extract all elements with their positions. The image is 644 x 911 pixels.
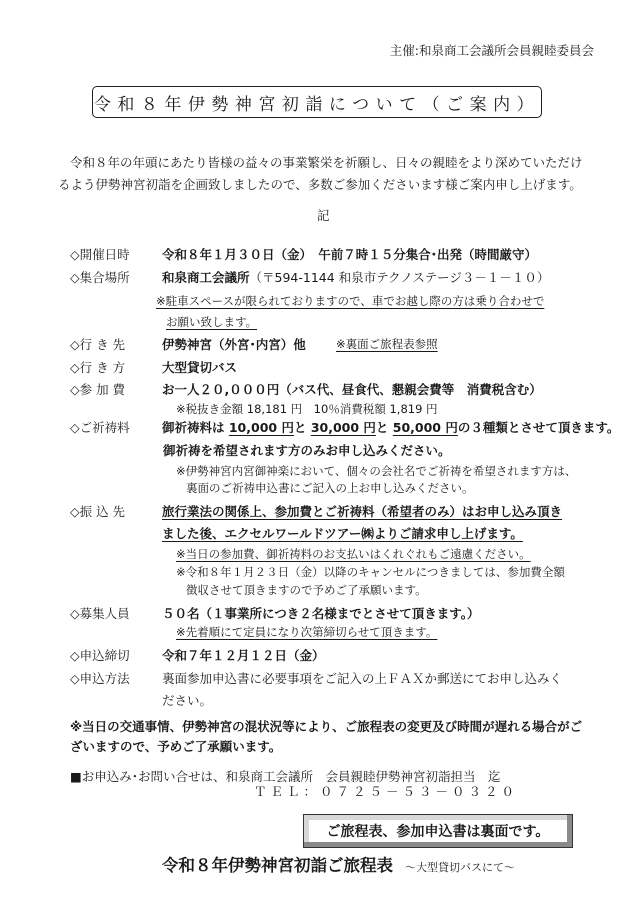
itinerary-subtitle: ～大型貸切バスにて～ [405,861,515,874]
detail-label: ◇参 加 費 [70,380,162,398]
payment-note-2b: 徴収させて頂きますので予めご了承願います。 [186,582,427,598]
parking-note-1: ※駐車スペースが限られておりますので、車でお越し際の方は乗り合わせで [156,293,544,309]
detail-row-deadline: ◇申込締切 令和７年１２月１２日（金） [70,646,162,664]
itinerary-heading: 令和８年伊勢神宮初詣ご旅程表～大型貸切バスにて～ [162,852,515,876]
place-name: 和泉商工会議所 [162,270,250,285]
reverse-side-notice: ご旅程表、参加申込書は裏面です。 [327,821,550,841]
detail-row-method: ◇申込方法 裏面参加申込書に必要事項をご記入の上ＦＡＸか郵送にてお申し込みく [70,669,162,687]
itinerary-title: 令和８年伊勢神宮初詣ご旅程表 [162,856,393,875]
detail-label: ◇集合場所 [70,268,162,286]
detail-value: お一人２０,０００円（バス代、昼食代、懇親会費等 消費税含む） [162,380,542,398]
detail-row-capacity: ◇募集人員 ５０名（１事業所につき２名様までとさせて頂きます。） [70,604,162,622]
detail-value: 和泉商工会議所（〒594-1144 和泉市テクノステージ３－１－１０） [162,268,549,286]
title-box: 令和８年伊勢神宮初詣について（ご案内） [92,86,542,118]
page-title: 令和８年伊勢神宮初詣について（ご案内） [94,90,540,115]
payment-note-2a: ※令和８年１月２３日（金）以降のキャンセルにつきましては、参加費全額 [176,564,565,580]
ki-heading: 記 [317,206,330,224]
detail-value: 旅行業法の関係上、参加費とご祈祷料（希望者のみ）はお申し込み頂き [162,502,562,520]
detail-label: ◇申込締切 [70,646,162,664]
payment-line-2: ました後、エクセルワールドツアー㈱よりご請求申し上げます。 [162,524,523,542]
detail-label: ◇申込方法 [70,669,162,687]
warning-note: ※当日の交通事情、伊勢神宮の混状況等により、ご旅程表の変更及び時間が遅れる場合が… [70,717,590,757]
detail-value: 大型貸切バス [162,358,237,376]
detail-label: ◇行 き 方 [70,358,162,376]
detail-label: ◇開催日時 [70,245,162,263]
prayer-amount-2: 30,000 円 [311,420,376,435]
prayer-line-2: 御祈祷を希望されます方のみお申し込みください。 [163,441,451,459]
prayer-suffix: の３種類とさせて頂きます。 [458,420,620,435]
parking-note-2: お願い致します。 [166,314,257,330]
intro-paragraph: 令和８年の年頭にあたり皆様の益々の事業繁栄を祈願し、日々の親睦をより深めていただ… [58,152,588,196]
detail-value: 御祈祷料は 10,000 円と 30,000 円と 50,000 円の３種類とさ… [162,418,619,436]
reverse-side-notice-box: ご旅程表、参加申込書は裏面です。 [303,814,573,848]
detail-value: ５０名（１事業所につき２名様までとさせて頂きます。） [162,604,480,622]
detail-row-prayer: ◇ご祈祷料 御祈祷料は 10,000 円と 30,000 円と 50,000 円… [70,418,162,436]
contact-tel: ＴＥＬ：０７２５－５３－０３２０ [254,782,518,800]
fee-tax-note: ※税抜き金額 18,181 円 10％消費税額 1,819 円 [176,401,438,417]
detail-row-transport: ◇行 き 方 大型貸切バス [70,358,162,376]
organizer-line: 主催:和泉商工会議所会員親睦委員会 [390,41,594,59]
prayer-amount-1: 10,000 円 [229,420,294,435]
detail-value: 裏面参加申込書に必要事項をご記入の上ＦＡＸか郵送にてお申し込みく [162,669,562,687]
prayer-sep-2: と [376,420,393,435]
detail-label: ◇行 き 先 [70,335,162,353]
detail-label: ◇ご祈祷料 [70,418,162,436]
detail-row-date: ◇開催日時 令和８年１月３０日（金） 午前７時１５分集合･出発（時間厳守） [70,245,162,263]
detail-row-payment: ◇振 込 先 旅行業法の関係上、参加費とご祈祷料（希望者のみ）はお申し込み頂き [70,502,162,520]
detail-value: 令和７年１２月１２日（金） [162,646,325,664]
detail-row-place: ◇集合場所 和泉商工会議所（〒594-1144 和泉市テクノステージ３－１－１０… [70,268,162,286]
place-address: （〒594-1144 和泉市テクノステージ３－１－１０） [250,270,550,285]
prayer-note-1: ※伊勢神宮内宮御神楽において、個々の会社名でご祈祷を希望されます方は、 [176,463,576,479]
prayer-sep-1: と [294,420,311,435]
detail-row-destination: ◇行 き 先 伊勢神宮（外宮･内宮）他 [70,335,162,353]
destination-note: ※裏面ご旅程表参照 [336,336,438,352]
payment-note-1: ※当日の参加費、御祈祷料のお支払いはくれぐれもご遠慮ください。 [176,546,531,562]
detail-row-fee: ◇参 加 費 お一人２０,０００円（バス代、昼食代、懇親会費等 消費税含む） [70,380,162,398]
detail-value: 令和８年１月３０日（金） 午前７時１５分集合･出発（時間厳守） [162,245,537,263]
detail-label: ◇募集人員 [70,604,162,622]
prayer-amount-3: 50,000 円 [393,420,458,435]
detail-value: 伊勢神宮（外宮･内宮）他 [162,335,306,353]
detail-label: ◇振 込 先 [70,502,162,520]
capacity-note: ※先着順にて定員になり次第締切らせて頂きます。 [176,624,437,640]
prayer-prefix: 御祈祷料は [162,420,229,435]
method-line-2: ださい。 [162,691,212,709]
prayer-note-2: 裏面のご祈祷申込書にご記入の上お申し込みください。 [186,480,474,496]
